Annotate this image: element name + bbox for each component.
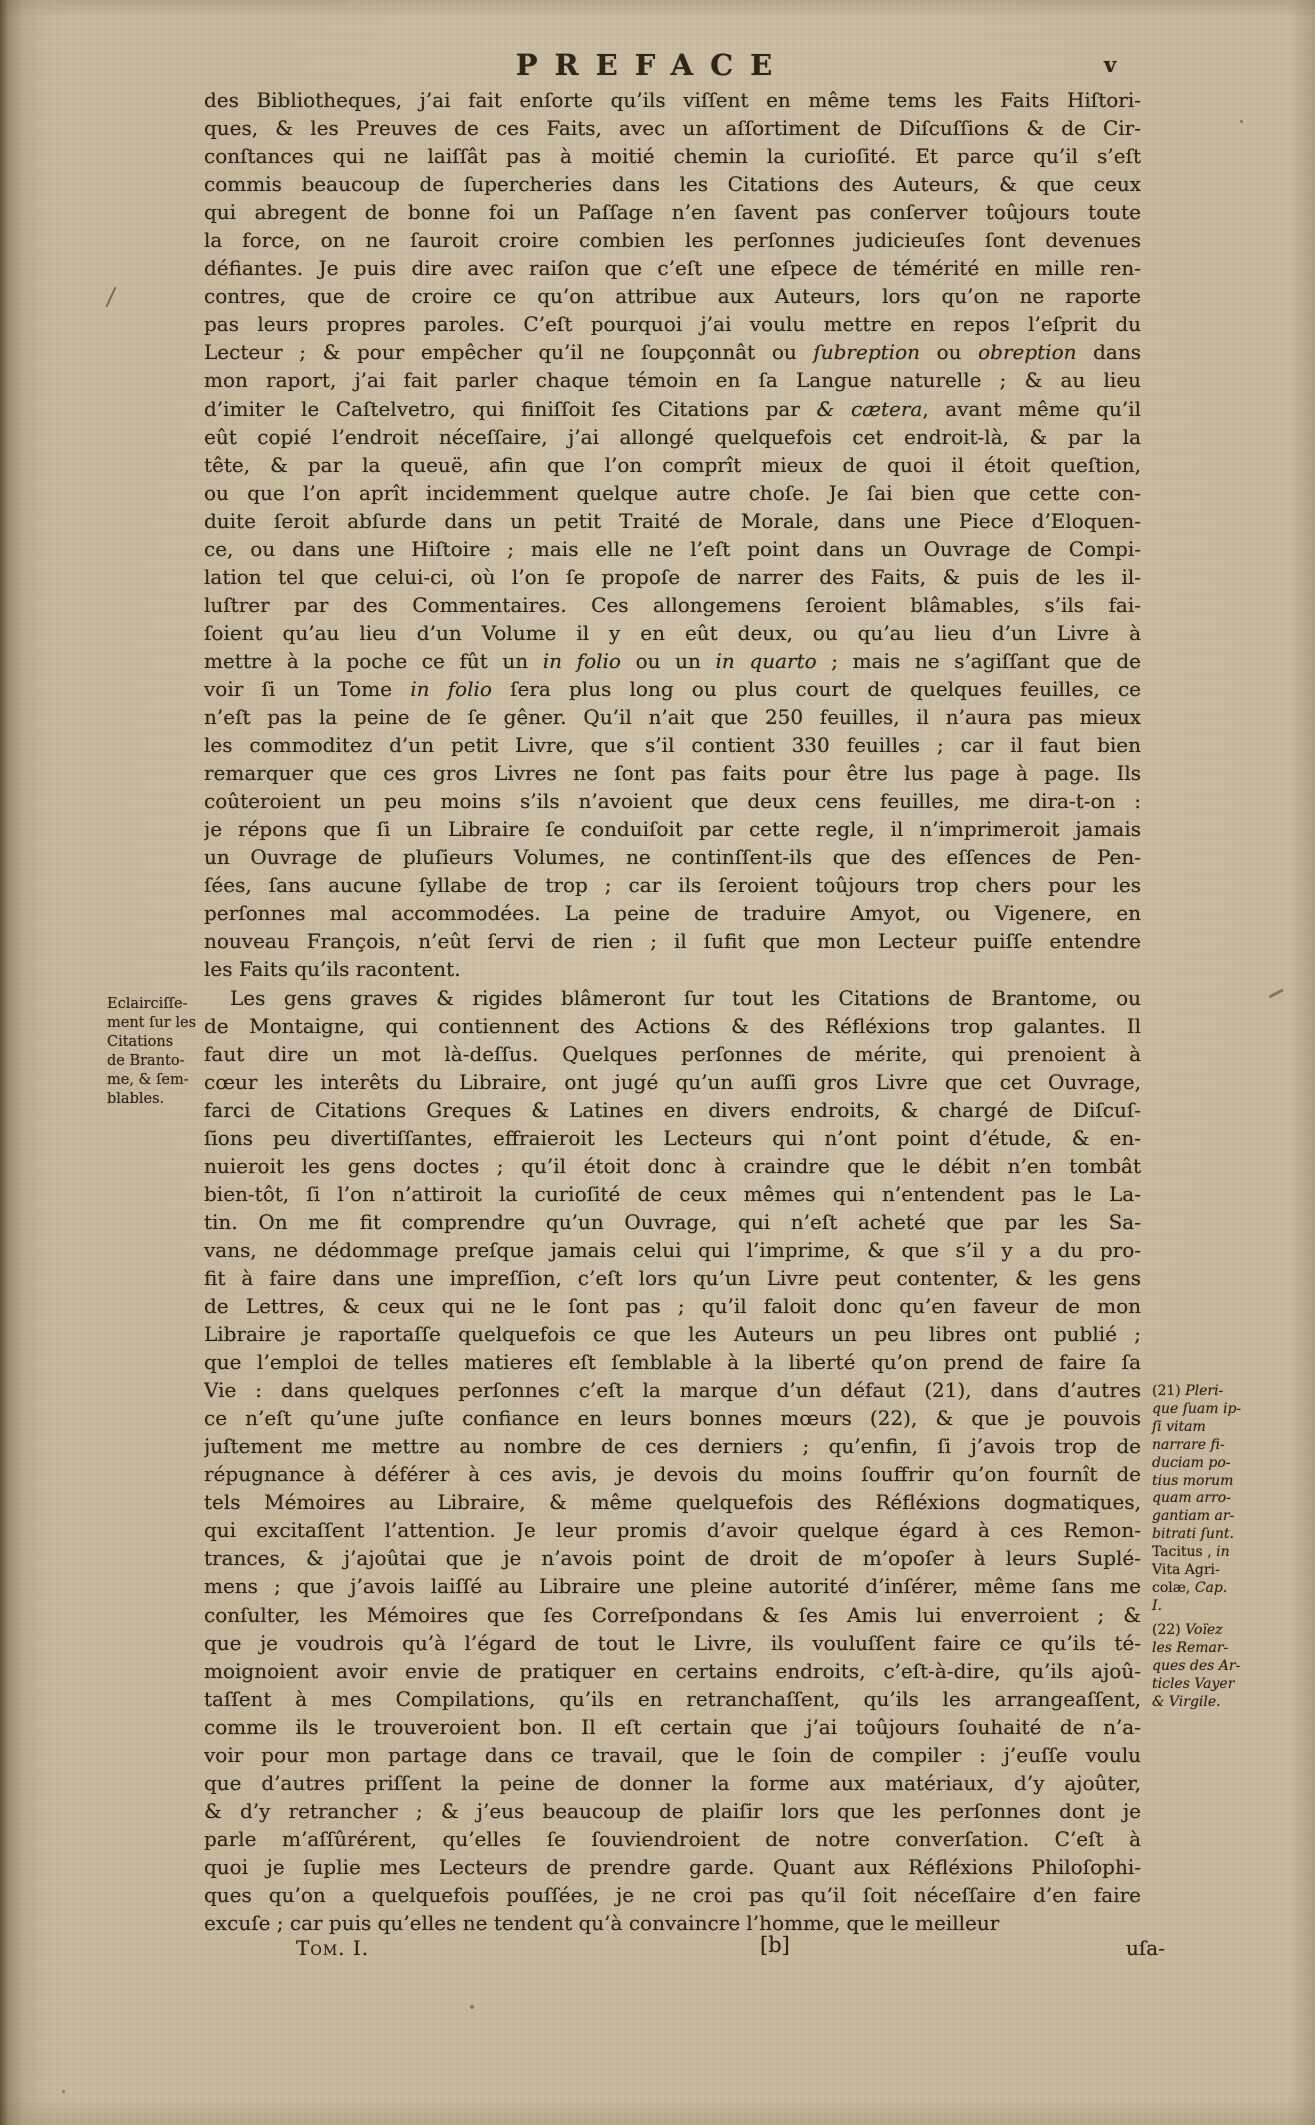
text-line: perſonnes mal accommodées. La peine de t… [204, 899, 1141, 927]
stray-ink-mark [105, 287, 116, 308]
text-line: tels Mémoires au Libraire, & même quelqu… [204, 1488, 1141, 1516]
text-line: juſtement me mettre au nombre de ces der… [204, 1432, 1141, 1460]
note-line: Vita Agri- [1152, 1562, 1282, 1580]
text-line: parle m’aſſûrérent, qu’elles ſe ſouviend… [204, 1825, 1141, 1853]
text-line: ſoient qu’au lieu d’un Volume il y en eû… [204, 619, 1141, 647]
text-line: ques, & les Preuves de ces Faits, avec u… [204, 114, 1141, 142]
note-line: narrare fi- [1152, 1437, 1282, 1455]
text-line: ce n’eſt qu’une juſte confiance en leurs… [204, 1404, 1141, 1432]
note-line: (22) Voïez [1152, 1622, 1282, 1640]
text-line: Vie : dans quelques perſonnes c’eſt la m… [204, 1376, 1141, 1404]
note-line: colæ, Cap. [1152, 1580, 1282, 1598]
text-line: défiantes. Je puis dire avec raiſon que … [204, 254, 1141, 282]
text-line: lation tel que celui-ci, où l’on ſe prop… [204, 563, 1141, 591]
paper-speck [62, 2090, 65, 2093]
note-line: les Remar- [1152, 1640, 1282, 1658]
text-line: que d’autres priſſent la peine de donner… [204, 1769, 1141, 1797]
text-line: commis beaucoup de ſupercheries dans les… [204, 170, 1141, 198]
text-line: remarquer que ces gros Livres ne ſont pa… [204, 759, 1141, 787]
text-line: mens ; que j’avois laiſſé au Libraire un… [204, 1572, 1141, 1600]
note-line: quam arro- [1152, 1490, 1282, 1508]
paper-speck [470, 2005, 474, 2009]
stray-ink-mark [1268, 988, 1283, 998]
page-title: PREFACE [204, 48, 1084, 82]
text-line: comme ils le trouveroient bon. Il eſt ce… [204, 1713, 1141, 1741]
text-line: Lecteur ; & pour empêcher qu’il ne ſoupç… [204, 338, 1141, 366]
note-line: bitrati ſunt. [1152, 1526, 1282, 1544]
text-line: nouveau François, n’eût ſervi de rien ; … [204, 927, 1141, 955]
text-line: mon raport, j’ai fait parler chaque témo… [204, 366, 1141, 394]
text-line: farci de Citations Greques & Latines en … [204, 1096, 1141, 1124]
text-line: tête, & par la queuë, afin que l’on comp… [204, 451, 1141, 479]
text-line: les commoditez d’un petit Livre, que s’i… [204, 731, 1141, 759]
note-line: I. [1152, 1598, 1282, 1616]
text-line: fit à faire dans une impreſſion, c’eſt l… [204, 1264, 1141, 1292]
note-line: (21) Pleri- [1152, 1383, 1282, 1401]
footer-volume: Tom. I. [296, 1936, 369, 1960]
text-line: coûteroient un peu moins s’ils n’avoient… [204, 787, 1141, 815]
text-line: qui excitaſſent l’attention. Je leur pro… [204, 1516, 1141, 1544]
note-line: me, & ſem- [107, 1071, 211, 1090]
text-line: un Ouvrage de pluſieurs Volumes, ne cont… [204, 843, 1141, 871]
note-line: ment ſur les [107, 1014, 211, 1033]
text-line: faut dire un mot là-deſſus. Quelques per… [204, 1040, 1141, 1068]
text-line: quoi je ſuplie mes Lecteurs de prendre g… [204, 1853, 1141, 1881]
note-line: Tacitus , in [1152, 1544, 1282, 1562]
text-line: contres, que de croire ce qu’on attribue… [204, 282, 1141, 310]
paper-speck [1240, 120, 1243, 123]
note-line: ques des Ar- [1152, 1658, 1282, 1676]
note-line: Citations [107, 1033, 211, 1052]
note-line: ticles Vayer [1152, 1676, 1282, 1694]
text-line: ce, ou dans une Hiſtoire ; mais elle ne … [204, 535, 1141, 563]
note-line: que ſuam ip- [1152, 1401, 1282, 1419]
text-line: luſtrer par des Commentaires. Ces allong… [204, 591, 1141, 619]
text-line: n’eſt pas la peine de ſe gêner. Qu’il n’… [204, 703, 1141, 731]
text-line: que je voudrois qu’à l’égard de tout le … [204, 1629, 1141, 1657]
text-line: trances, & j’ajoûtai que je n’avois poin… [204, 1544, 1141, 1572]
text-line: taſſent à mes Compilations, qu’ils en re… [204, 1685, 1141, 1713]
note-line: gantiam ar- [1152, 1508, 1282, 1526]
text-line: Libraire je raportaſſe quelquefois ce qu… [204, 1320, 1141, 1348]
note-line: blables. [107, 1090, 211, 1109]
text-line: Les gens graves & rigides blâmeront ſur … [204, 984, 1141, 1012]
text-line: voir ſi un Tome in folio ſera plus long … [204, 675, 1141, 703]
margin-note-21: (21) Pleri-que ſuam ip-ſi vitamnarrare f… [1152, 1383, 1282, 1616]
text-line: ques qu’on a quelquefois pouſſées, je ne… [204, 1881, 1141, 1909]
page-number: v [1104, 52, 1116, 77]
text-line: de Lettres, & ceux qui ne le ſont pas ; … [204, 1292, 1141, 1320]
text-line: d’imiter le Caſtelvetro, qui finiſſoit ſ… [204, 395, 1141, 423]
text-line: moignoient avoir envie de pratiquer en c… [204, 1657, 1141, 1685]
text-line: conſtances qui ne laiſſât pas à moitié c… [204, 142, 1141, 170]
note-line: ſi vitam [1152, 1419, 1282, 1437]
text-line: ſées, ſans aucune ſyllabe de trop ; car … [204, 871, 1141, 899]
text-line: ſions peu divertiſſantes, effraieroit le… [204, 1124, 1141, 1152]
note-line: Eclairciſſe- [107, 995, 211, 1014]
text-line: qui abregent de bonne foi un Paſſage n’e… [204, 198, 1141, 226]
text-line: voir pour mon partage dans ce travail, q… [204, 1741, 1141, 1769]
text-line: excuſe ; car puis qu’elles ne tendent qu… [204, 1909, 1141, 1937]
note-line: duciam po- [1152, 1455, 1282, 1473]
text-line: nuieroit les gens doctes ; qu’il étoit d… [204, 1152, 1141, 1180]
margin-note-left: Eclairciſſe-ment ſur lesCitationsde Bran… [107, 995, 211, 1109]
body-text: des Bibliotheques, j’ai fait enſorte qu’… [204, 86, 1141, 1937]
text-line: conſulter, les Mémoires que ſes Correſpo… [204, 1601, 1141, 1629]
note-line: & Virgile. [1152, 1694, 1282, 1712]
text-line: des Bibliotheques, j’ai fait enſorte qu’… [204, 86, 1141, 114]
text-line: mettre à la poche ce fût un in folio ou … [204, 647, 1141, 675]
text-line: vans, ne dédommage preſque jamais celui … [204, 1236, 1141, 1264]
text-line: la force, on ne ſauroit croire combien l… [204, 226, 1141, 254]
text-line: les Faits qu’ils racontent. [204, 955, 1141, 983]
text-line: cœur les interêts du Libraire, ont jugé … [204, 1068, 1141, 1096]
text-line: tin. On me fit comprendre qu’un Ouvrage,… [204, 1208, 1141, 1236]
footer-catchword: uſa- [1126, 1936, 1165, 1960]
text-line: & d’y retrancher ; & j’eus beaucoup de p… [204, 1797, 1141, 1825]
text-line: je répons que ſi un Libraire ſe conduiſo… [204, 815, 1141, 843]
note-line: tius morum [1152, 1473, 1282, 1491]
text-line: pas leurs propres paroles. C’eſt pourquo… [204, 310, 1141, 338]
text-line: ou que l’on aprît incidemment quelque au… [204, 479, 1141, 507]
margin-note-22: (22) Voïezles Remar-ques des Ar-ticles V… [1152, 1622, 1282, 1712]
text-line: répugnance à déférer à ces avis, je devo… [204, 1460, 1141, 1488]
text-line: de Montaigne, qui contiennent des Action… [204, 1012, 1141, 1040]
text-line: eût copié l’endroit néceſſaire, j’ai all… [204, 423, 1141, 451]
text-line: duite ſeroit abſurde dans un petit Trait… [204, 507, 1141, 535]
book-page-scan: PREFACE v des Bibliotheques, j’ai fait e… [0, 0, 1315, 2125]
note-line: de Branto- [107, 1052, 211, 1071]
text-line: bien-tôt, ſi l’on n’attiroit la curioſit… [204, 1180, 1141, 1208]
footer-signature: [b] [760, 1933, 790, 1957]
text-line: que l’emploi de telles matieres eſt ſemb… [204, 1348, 1141, 1376]
